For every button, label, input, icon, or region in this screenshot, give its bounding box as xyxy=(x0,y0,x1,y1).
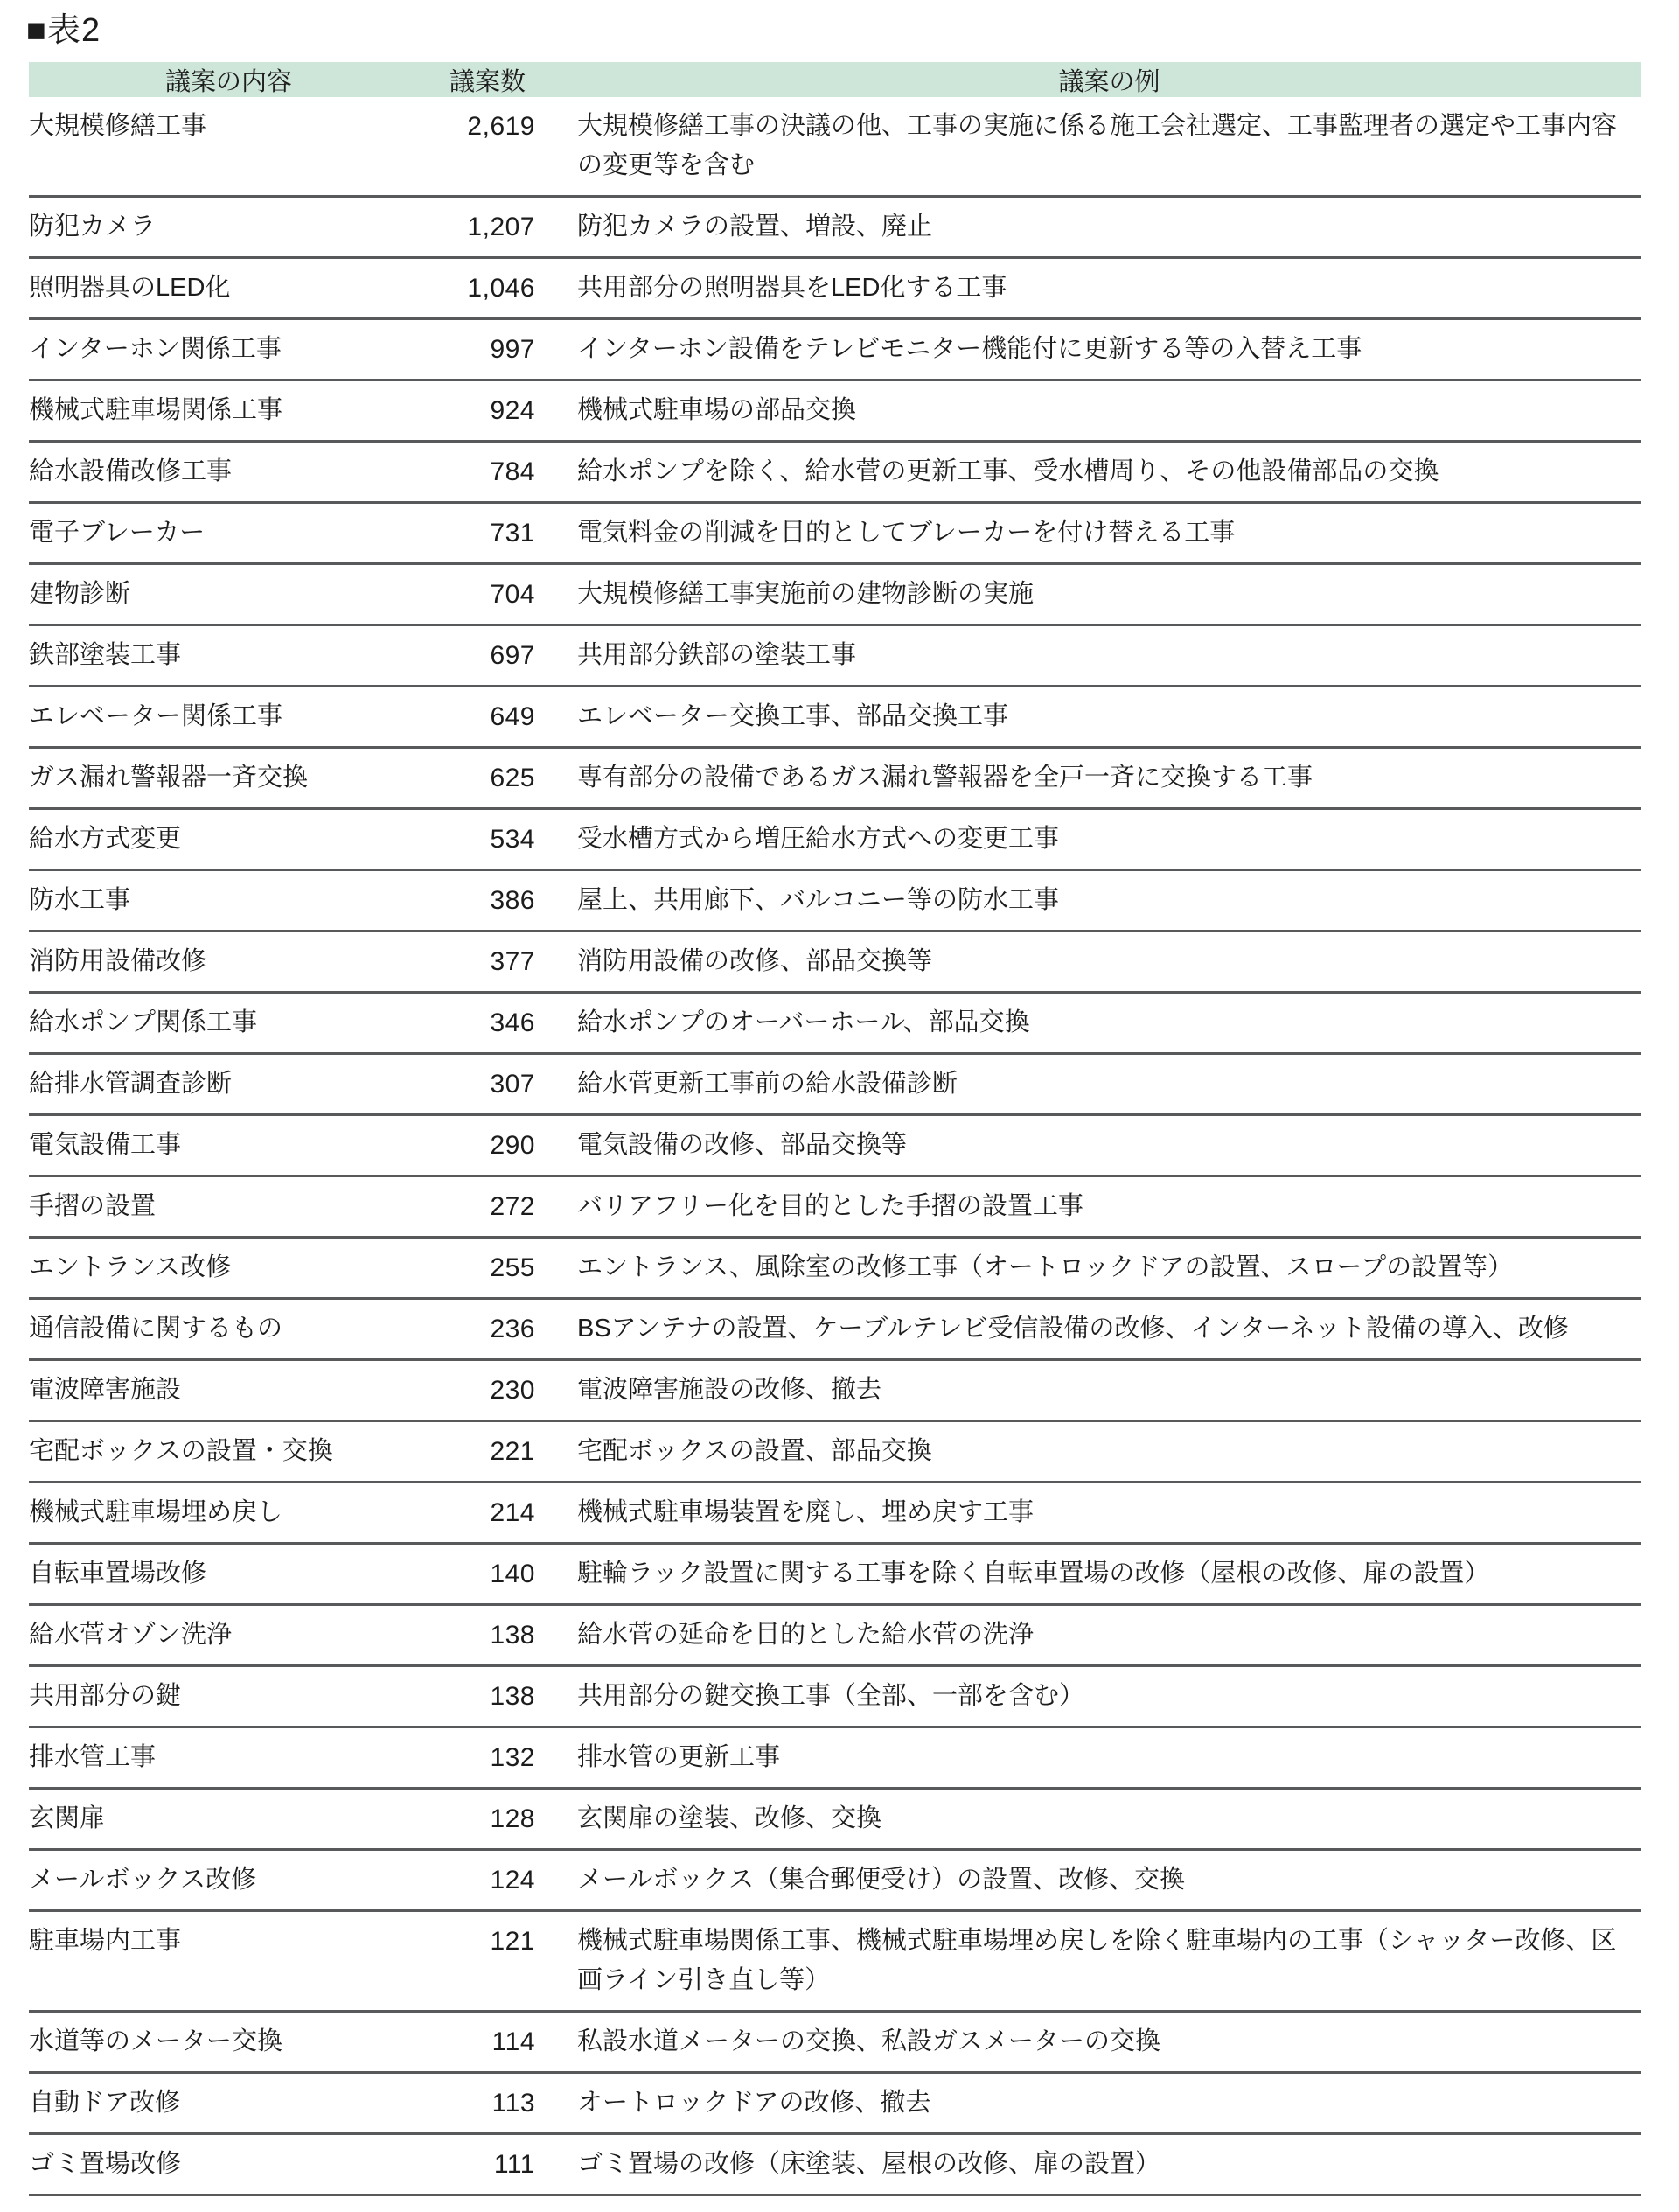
cell-proposal-content: 駐車場内工事 xyxy=(29,1922,428,1961)
cell-proposal-example: エレベーター交換工事、部品交換工事 xyxy=(547,697,1641,736)
column-header-proposal-content: 議案の内容 xyxy=(29,62,428,98)
cell-proposal-count: 1,046 xyxy=(428,269,547,308)
page-title: ■表2 xyxy=(26,10,1679,51)
cell-proposal-count: 625 xyxy=(428,758,547,798)
table-row: 宅配ボックスの設置・交換 221 宅配ボックスの設置、部品交換 xyxy=(29,1422,1641,1483)
table-body: 大規模修繕工事 2,619 大規模修繕工事の決議の他、工事の実施に係る施工会社選… xyxy=(29,97,1641,2196)
table-row: 電波障害施設 230 電波障害施設の改修、撤去 xyxy=(29,1361,1641,1422)
cell-proposal-content: 共用部分の鍵 xyxy=(29,1677,428,1716)
cell-proposal-example: BSアンテナの設置、ケーブルテレビ受信設備の改修、インターネット設備の導入、改修 xyxy=(547,1309,1641,1349)
table-row: エントランス改修 255 エントランス、風除室の改修工事（オートロックドアの設置… xyxy=(29,1239,1641,1300)
table-row: エレベーター関係工事 649 エレベーター交換工事、部品交換工事 xyxy=(29,687,1641,749)
cell-proposal-content: 給水菅オゾン洗浄 xyxy=(29,1615,428,1655)
cell-proposal-example: 玄関扉の塗装、改修、交換 xyxy=(547,1799,1641,1839)
cell-proposal-count: 121 xyxy=(428,1922,547,1961)
table-row: 防水工事 386 屋上、共用廊下、バルコニー等の防水工事 xyxy=(29,871,1641,932)
cell-proposal-example: 宅配ボックスの設置、部品交換 xyxy=(547,1432,1641,1471)
table-row: 玄関扉 128 玄関扉の塗装、改修、交換 xyxy=(29,1790,1641,1851)
cell-proposal-count: 307 xyxy=(428,1064,547,1104)
cell-proposal-content: 玄関扉 xyxy=(29,1799,428,1839)
cell-proposal-content: 給水方式変更 xyxy=(29,820,428,859)
table-row: 電気設備工事 290 電気設備の改修、部品交換等 xyxy=(29,1116,1641,1177)
cell-proposal-content: 自転車置場改修 xyxy=(29,1554,428,1594)
cell-proposal-example: 共用部分鉄部の塗装工事 xyxy=(547,636,1641,675)
cell-proposal-count: 128 xyxy=(428,1799,547,1839)
document-page: ■表2 議案の内容 議案数 議案の例 大規模修繕工事 2,619 大規模修繕工事… xyxy=(0,0,1679,2212)
column-header-proposal-count: 議案数 xyxy=(428,62,547,98)
cell-proposal-count: 290 xyxy=(428,1126,547,1165)
cell-proposal-content: 排水管工事 xyxy=(29,1738,428,1777)
cell-proposal-example: 給水菅の延命を目的とした給水菅の洗浄 xyxy=(547,1615,1641,1655)
cell-proposal-count: 2,619 xyxy=(428,107,547,146)
cell-proposal-count: 132 xyxy=(428,1738,547,1777)
cell-proposal-content: 電波障害施設 xyxy=(29,1371,428,1410)
cell-proposal-example: オートロックドアの改修、撤去 xyxy=(547,2083,1641,2123)
cell-proposal-example: 私設水道メーターの交換、私設ガスメーターの交換 xyxy=(547,2022,1641,2062)
cell-proposal-content: 水道等のメーター交換 xyxy=(29,2022,428,2062)
table-row: 給水菅オゾン洗浄 138 給水菅の延命を目的とした給水菅の洗浄 xyxy=(29,1606,1641,1667)
cell-proposal-example: ゴミ置場の改修（床塗装、屋根の改修、扉の設置） xyxy=(547,2145,1641,2184)
cell-proposal-count: 221 xyxy=(428,1432,547,1471)
table-row: 給水ポンプ関係工事 346 給水ポンプのオーバーホール、部品交換 xyxy=(29,994,1641,1055)
cell-proposal-example: バリアフリー化を目的とした手摺の設置工事 xyxy=(547,1187,1641,1226)
cell-proposal-example: エントランス、風除室の改修工事（オートロックドアの設置、スロープの設置等） xyxy=(547,1248,1641,1287)
cell-proposal-count: 138 xyxy=(428,1677,547,1716)
cell-proposal-example: 排水管の更新工事 xyxy=(547,1738,1641,1777)
cell-proposal-example: 専有部分の設備であるガス漏れ警報器を全戸一斉に交換する工事 xyxy=(547,758,1641,798)
cell-proposal-example: 電気設備の改修、部品交換等 xyxy=(547,1126,1641,1165)
cell-proposal-count: 784 xyxy=(428,452,547,492)
cell-proposal-example: 防犯カメラの設置、増設、廃止 xyxy=(547,207,1641,247)
table-row: 給水設備改修工事 784 給水ポンプを除く、給水菅の更新工事、受水槽周り、その他… xyxy=(29,443,1641,504)
table-row: 建物診断 704 大規模修繕工事実施前の建物診断の実施 xyxy=(29,565,1641,626)
cell-proposal-content: ガス漏れ警報器一斉交換 xyxy=(29,758,428,798)
cell-proposal-count: 230 xyxy=(428,1371,547,1410)
cell-proposal-count: 649 xyxy=(428,697,547,736)
table-row: 水道等のメーター交換 114 私設水道メーターの交換、私設ガスメーターの交換 xyxy=(29,2013,1641,2074)
table-row: 排水管工事 132 排水管の更新工事 xyxy=(29,1728,1641,1790)
cell-proposal-content: ゴミ置場改修 xyxy=(29,2145,428,2184)
cell-proposal-count: 534 xyxy=(428,820,547,859)
column-header-proposal-example: 議案の例 xyxy=(547,62,1641,98)
cell-proposal-content: 防水工事 xyxy=(29,881,428,920)
table-row: 駐車場内工事 121 機械式駐車場関係工事、機械式駐車場埋め戻しを除く駐車場内の… xyxy=(29,1912,1641,2013)
cell-proposal-content: 鉄部塗装工事 xyxy=(29,636,428,675)
cell-proposal-content: 電気設備工事 xyxy=(29,1126,428,1165)
cell-proposal-count: 924 xyxy=(428,391,547,430)
cell-proposal-example: インターホン設備をテレビモニター機能付に更新する等の入替え工事 xyxy=(547,330,1641,369)
cell-proposal-count: 236 xyxy=(428,1309,547,1349)
cell-proposal-example: 機械式駐車場関係工事、機械式駐車場埋め戻しを除く駐車場内の工事（シャッター改修、… xyxy=(547,1922,1641,2000)
cell-proposal-content: メールボックス改修 xyxy=(29,1860,428,1900)
cell-proposal-content: 消防用設備改修 xyxy=(29,942,428,981)
cell-proposal-example: 機械式駐車場装置を廃し、埋め戻す工事 xyxy=(547,1493,1641,1532)
cell-proposal-content: 給水ポンプ関係工事 xyxy=(29,1003,428,1043)
cell-proposal-content: 防犯カメラ xyxy=(29,207,428,247)
cell-proposal-content: 手摺の設置 xyxy=(29,1187,428,1226)
table-row: 鉄部塗装工事 697 共用部分鉄部の塗装工事 xyxy=(29,626,1641,687)
table-row: メールボックス改修 124 メールボックス（集合郵便受け）の設置、改修、交換 xyxy=(29,1851,1641,1912)
cell-proposal-content: インターホン関係工事 xyxy=(29,330,428,369)
cell-proposal-example: 電気料金の削減を目的としてブレーカーを付け替える工事 xyxy=(547,513,1641,553)
cell-proposal-example: 受水槽方式から増圧給水方式への変更工事 xyxy=(547,820,1641,859)
proposals-table: 議案の内容 議案数 議案の例 大規模修繕工事 2,619 大規模修繕工事の決議の… xyxy=(29,62,1641,2196)
table-row: 自転車置場改修 140 駐輪ラック設置に関する工事を除く自転車置場の改修（屋根の… xyxy=(29,1545,1641,1606)
cell-proposal-example: 給水ポンプのオーバーホール、部品交換 xyxy=(547,1003,1641,1043)
cell-proposal-count: 140 xyxy=(428,1554,547,1594)
cell-proposal-example: 給水ポンプを除く、給水菅の更新工事、受水槽周り、その他設備部品の交換 xyxy=(547,452,1641,492)
cell-proposal-content: 機械式駐車場関係工事 xyxy=(29,391,428,430)
table-row: ゴミ置場改修 111 ゴミ置場の改修（床塗装、屋根の改修、扉の設置） xyxy=(29,2135,1641,2196)
cell-proposal-example: 駐輪ラック設置に関する工事を除く自転車置場の改修（屋根の改修、扉の設置） xyxy=(547,1554,1641,1594)
cell-proposal-count: 377 xyxy=(428,942,547,981)
table-row: インターホン関係工事 997 インターホン設備をテレビモニター機能付に更新する等… xyxy=(29,320,1641,381)
table-header-row: 議案の内容 議案数 議案の例 xyxy=(29,62,1641,97)
cell-proposal-content: 大規模修繕工事 xyxy=(29,107,428,146)
cell-proposal-count: 114 xyxy=(428,2022,547,2062)
cell-proposal-count: 113 xyxy=(428,2083,547,2123)
cell-proposal-count: 124 xyxy=(428,1860,547,1900)
cell-proposal-example: 大規模修繕工事実施前の建物診断の実施 xyxy=(547,575,1641,614)
cell-proposal-example: 大規模修繕工事の決議の他、工事の実施に係る施工会社選定、工事監理者の選定や工事内… xyxy=(547,107,1641,185)
cell-proposal-example: 機械式駐車場の部品交換 xyxy=(547,391,1641,430)
table-row: 給水方式変更 534 受水槽方式から増圧給水方式への変更工事 xyxy=(29,810,1641,871)
cell-proposal-content: 機械式駐車場埋め戻し xyxy=(29,1493,428,1532)
cell-proposal-count: 997 xyxy=(428,330,547,369)
cell-proposal-count: 1,207 xyxy=(428,207,547,247)
table-row: 機械式駐車場関係工事 924 機械式駐車場の部品交換 xyxy=(29,381,1641,443)
table-row: 機械式駐車場埋め戻し 214 機械式駐車場装置を廃し、埋め戻す工事 xyxy=(29,1483,1641,1545)
cell-proposal-content: 通信設備に関するもの xyxy=(29,1309,428,1349)
table-row: 手摺の設置 272 バリアフリー化を目的とした手摺の設置工事 xyxy=(29,1177,1641,1239)
cell-proposal-count: 255 xyxy=(428,1248,547,1287)
table-row: 自動ドア改修 113 オートロックドアの改修、撤去 xyxy=(29,2074,1641,2135)
cell-proposal-count: 138 xyxy=(428,1615,547,1655)
cell-proposal-count: 704 xyxy=(428,575,547,614)
cell-proposal-count: 111 xyxy=(428,2145,547,2184)
table-row: 給排水管調査診断 307 給水菅更新工事前の給水設備診断 xyxy=(29,1055,1641,1116)
table-row: 消防用設備改修 377 消防用設備の改修、部品交換等 xyxy=(29,932,1641,994)
cell-proposal-count: 386 xyxy=(428,881,547,920)
cell-proposal-content: 給水設備改修工事 xyxy=(29,452,428,492)
cell-proposal-example: 共用部分の照明器具をLED化する工事 xyxy=(547,269,1641,308)
cell-proposal-content: エレベーター関係工事 xyxy=(29,697,428,736)
cell-proposal-example: 消防用設備の改修、部品交換等 xyxy=(547,942,1641,981)
cell-proposal-content: 照明器具のLED化 xyxy=(29,269,428,308)
cell-proposal-example: 屋上、共用廊下、バルコニー等の防水工事 xyxy=(547,881,1641,920)
cell-proposal-example: 共用部分の鍵交換工事（全部、一部を含む） xyxy=(547,1677,1641,1716)
cell-proposal-content: 電子ブレーカー xyxy=(29,513,428,553)
table-row: ガス漏れ警報器一斉交換 625 専有部分の設備であるガス漏れ警報器を全戸一斉に交… xyxy=(29,749,1641,810)
table-row: 防犯カメラ 1,207 防犯カメラの設置、増設、廃止 xyxy=(29,198,1641,259)
cell-proposal-count: 346 xyxy=(428,1003,547,1043)
cell-proposal-count: 731 xyxy=(428,513,547,553)
cell-proposal-count: 272 xyxy=(428,1187,547,1226)
table-row: 共用部分の鍵 138 共用部分の鍵交換工事（全部、一部を含む） xyxy=(29,1667,1641,1728)
cell-proposal-example: 電波障害施設の改修、撤去 xyxy=(547,1371,1641,1410)
table-row: 照明器具のLED化 1,046 共用部分の照明器具をLED化する工事 xyxy=(29,259,1641,320)
cell-proposal-example: 給水菅更新工事前の給水設備診断 xyxy=(547,1064,1641,1104)
cell-proposal-count: 697 xyxy=(428,636,547,675)
cell-proposal-example: メールボックス（集合郵便受け）の設置、改修、交換 xyxy=(547,1860,1641,1900)
cell-proposal-content: 給排水管調査診断 xyxy=(29,1064,428,1104)
cell-proposal-content: エントランス改修 xyxy=(29,1248,428,1287)
cell-proposal-count: 214 xyxy=(428,1493,547,1532)
cell-proposal-content: 自動ドア改修 xyxy=(29,2083,428,2123)
table-row: 電子ブレーカー 731 電気料金の削減を目的としてブレーカーを付け替える工事 xyxy=(29,504,1641,565)
table-row: 通信設備に関するもの 236 BSアンテナの設置、ケーブルテレビ受信設備の改修、… xyxy=(29,1300,1641,1361)
table-row: 大規模修繕工事 2,619 大規模修繕工事の決議の他、工事の実施に係る施工会社選… xyxy=(29,97,1641,198)
cell-proposal-content: 宅配ボックスの設置・交換 xyxy=(29,1432,428,1471)
cell-proposal-content: 建物診断 xyxy=(29,575,428,614)
